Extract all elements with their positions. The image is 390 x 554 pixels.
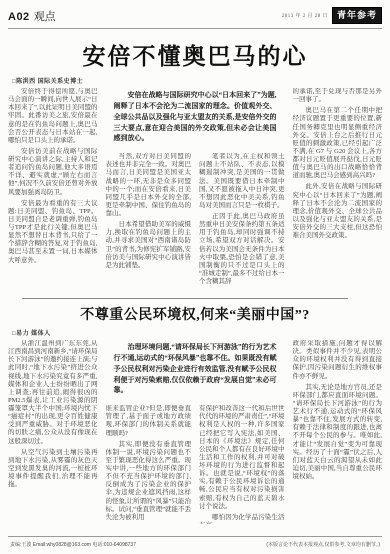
paragraph: 此外,安倍在战略与国际研究中心以“日本回来了”为题,阐释了日本不会沦为二流国家的… [293,183,383,240]
body-middle-columns: 治理环境问题,“请环保局长下河游泳”的行为艺术行不通,运动式的“环保风暴”也靠不… [106,340,285,524]
footer-editor-info: 责编:王波 Email:why0828@163.com 电话:010-64098… [10,541,136,548]
page-number: A02 [8,11,30,23]
newspaper-page: A02观点 2013 年 2 月 28 日 青年参考 安倍不懂奥巴马的心 □陈洪… [0,0,390,554]
paragraph: 当然,双方对日美同盟的表述也并非完全一致。对奥巴马而言,日美同盟是美国亚太战略的… [106,153,192,218]
footer-disclaimer: (本版言论不代表本报观点,仅供参考,文章均有删节。) [266,541,380,548]
body-column: 笔者以为,在主权和领土问题上不站队、不表态,以模糊遏制冲突,是美国的一贯做法。美… [199,153,285,293]
issue-date: 2013 年 2 月 28 日 [282,12,328,19]
paragraph: 日本希望借助美军的威慑力,换取在钓鱼岛问题上的主动,并寻求美国对“西南诸岛防卫”… [106,221,192,270]
paragraph: 安倍访美前在战略与国际研究中心演讲之际,主持人和记者追问钓鱼岛问题,他大多语焉不… [8,148,98,197]
section-label: 观点 [34,11,56,23]
paragraph: 奥巴马在第二个任期中把经济议题置于更重要的位置,新任国务卿克里也明显侧重经济外交… [293,107,383,180]
section-header: A02观点 [8,8,56,24]
body-column: 谁来监管企业?但是,即便垂直管理了,基于面子或地方政绩观,环保部门的体制关系就能… [106,405,192,524]
paragraph: 安倍终于得偿所愿,与奥巴马会面的一瞬间,向世人展示“日本回来了”,以此证明日美同… [8,88,98,145]
paragraph: 从浙江温州到广东东莞,从江西南昌到河南新乡,“请环保局长下河游泳”的邀约接连上演… [8,340,98,446]
article-env-title: 不尊重公民环境权,何来“美丽中国”? [8,304,382,324]
lead-paragraph: 治理环境问题,“请环保局长下河游泳”的行为艺术行不通,运动式的“环保风暴”也靠不… [106,340,285,401]
body-column: 的承诺,至于兑现与否那是另外一回事了。 奥巴马在第二个任期中把经济议题置于更重要… [293,88,383,293]
body-column: 有保护和改善这一代和后世世代代的环境的严肃责任”,“环境权利是人权的一种,许多国… [199,405,285,524]
body-column: 从浙江温州到广东东莞,从江西南昌到河南新乡,“请环保局长下河游泳”的邀约接连上演… [8,340,98,524]
article-abe-title: 安倍不懂奥巴马的心 [8,38,382,71]
article-abe-body: 安倍终于得偿所愿,与奥巴马会面的一瞬间,向世人展示“日本回来了”,以此证明日美同… [8,88,382,293]
body-column: 政府采取措施,问题才得以解决。类似事件并不少见,表明公众的环境权利并没有得到直接… [293,340,383,524]
paragraph: 其实,无论是地方官员,还是环保部门,都应直面环境问题。“请环保局长下河游泳”的行… [293,384,383,482]
article-abe-byline: □陈洪西 国际关系史博士 [12,76,382,85]
paragraph: 政府采取措施,问题才得以解决。类似事件并不少见,表明公众的环境权利并没有得到直接… [293,340,383,381]
middle-subcolumns: 当然,双方对日美同盟的表述也并非完全一致。对奥巴马而言,日美同盟是美国亚太战略的… [106,153,285,293]
paragraph: 笔者以为,在主权和领土问题上不站队、不表态,以模糊遏制冲突,是美国的一贯做法。美… [199,153,285,210]
paragraph: 谁来监管企业?但是,即便垂直管理了,基于面子或地方政绩观,环保部门的体制关系就能… [106,405,192,438]
lead-paragraph: 安倍在战略与国际研究中心以“日本回来了”为题,阐释了日本不会沦为二流国家的理念。… [106,88,285,149]
body-column: 当然,双方对日美同盟的表述也并非完全一致。对奥巴马而言,日美同盟是美国亚太战略的… [106,153,192,293]
body-middle-columns: 安倍在战略与国际研究中心以“日本回来了”为题,阐释了日本不会沦为二流国家的理念。… [106,88,285,293]
page-header: A02观点 2013 年 2 月 28 日 青年参考 [8,7,382,29]
paragraph: 从空气污染到土壤污染再到地下水污染,从雾霾的灰色天空到发黑发臭的河流,一桩桩环境… [8,449,98,490]
middle-subcolumns: 谁来监管企业?但是,即便垂直管理了,基于面子或地方政绩观,环保部门的体制关系就能… [106,405,285,524]
paragraph: 正因于此,奥巴马政府虽然重申日美安保条约第五条适用于钓鱼岛,却同时强调不持立场,… [199,213,285,286]
paragraph: 的承诺,至于兑现与否那是另外一回事了。 [293,88,383,104]
paragraph: 哪怕因为化学品污染生活在高 [199,514,285,524]
article-abe: 安倍不懂奥巴马的心 □陈洪西 国际关系史博士 安倍终于得偿所愿,与奥巴马会面的一… [8,29,382,293]
article-env-byline: □易力 媒体人 [12,328,382,337]
article-env: 不尊重公民环境权,何来“美丽中国”? □易力 媒体人 从浙江温州到广东东莞,从江… [8,299,382,524]
masthead-logo: 青年参考 [332,7,382,24]
paragraph: 有保护和改善这一代和后世世代代的环境的严肃责任”,“环境权利是人权的一种,许多国… [199,405,285,511]
paragraph: 安倍最为看重的有三大议题:日美同盟、钓鱼岛、TPP。日美同盟自是老调重弹,钓鱼岛… [8,200,98,265]
paragraph: 其实,即便没有垂直管理体制一说,环境污染问题也不至于繁现恶化得这么严重。现实中讲… [106,441,192,522]
page-footer: 责编:王波 Email:why0828@163.com 电话:010-64098… [8,536,382,554]
body-column: 安倍终于得偿所愿,与奥巴马会面的一瞬间,向世人展示“日本回来了”,以此证明日美同… [8,88,98,293]
article-env-body: 从浙江温州到广东东莞,从江西南昌到河南新乡,“请环保局长下河游泳”的邀约接连上演… [8,340,382,524]
header-right: 2013 年 2 月 28 日 青年参考 [282,7,382,24]
